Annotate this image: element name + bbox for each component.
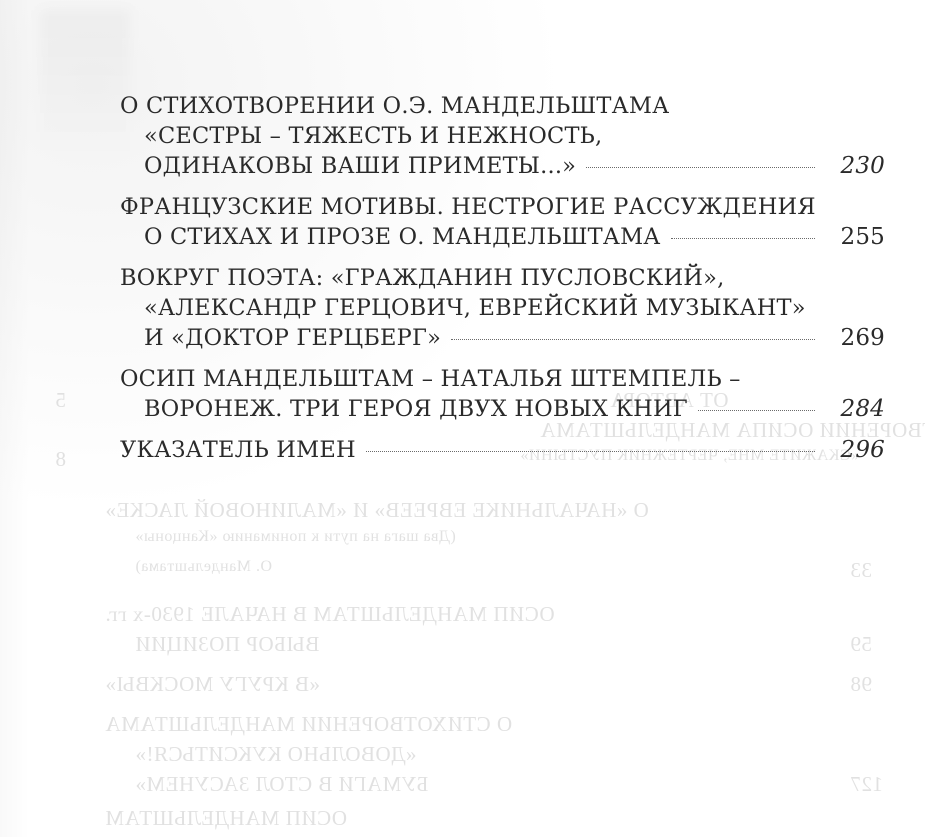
ghost-line: ОСИП МАНДЕЛЬШТАМ В НАЧАЛЕ 1930-х гг.: [105, 602, 555, 627]
toc-entry-title-line: «АЛЕКСАНДР ГЕРЦОВИЧ, ЕВРЕЙСКИЙ МУЗЫКАНТ»: [120, 293, 885, 323]
toc-entry-title-line: ВОРОНЕЖ. ТРИ ГЕРОЯ ДВУХ НОВЫХ КНИГ: [144, 394, 688, 424]
toc-entry[interactable]: О СТИХОТВОРЕНИИ О.Э. МАНДЕЛЬШТАМА «СЕСТР…: [120, 91, 885, 181]
toc-page-number: 230: [833, 151, 885, 181]
ghost-line: О «НАЧАЛЬНИКЕ ЕВРЕЕВ» И «МАЛИНОВОЙ ЛАСКЕ…: [105, 498, 649, 523]
ghost-line: ВЫБОР ПОЗИЦИИ: [135, 632, 319, 657]
toc-entry-title-line: И «ДОКТОР ГЕРЦБЕРГ»: [144, 323, 441, 353]
toc-entry-title-line: ВОКРУГ ПОЭТА: «ГРАЖДАНИН ПУСЛОВСКИЙ»,: [120, 263, 885, 293]
book-page: ОТ АВТОРА О СТИХОТВОРЕНИИ ОСИПА МАНДЕЛЬШ…: [0, 0, 925, 837]
ghost-line: (Два шага на пути к пониманию «Канцоны»: [135, 528, 456, 546]
toc-entry-title-line: О СТИХОТВОРЕНИИ О.Э. МАНДЕЛЬШТАМА: [120, 91, 885, 121]
ghost-page: 98: [850, 672, 872, 697]
dot-leader: [451, 339, 815, 340]
ghost-line: «В КРУГУ МОСКВЫ»: [105, 672, 320, 697]
toc-entry-title-line: О СТИХАХ И ПРОЗЕ О. МАНДЕЛЬШТАМА: [144, 222, 661, 252]
ghost-page: 59: [850, 632, 872, 657]
toc-page-number: 296: [833, 435, 885, 465]
ghost-line: О СТИХОТВОРЕНИИ МАНДЕЛЬШТАМА: [105, 712, 512, 737]
dot-leader: [698, 410, 815, 411]
toc-entry-title-line: УКАЗАТЕЛЬ ИМЕН: [120, 435, 356, 465]
toc-entry[interactable]: УКАЗАТЕЛЬ ИМЕН 296: [120, 435, 885, 465]
ghost-line: О. Мандельштама): [135, 558, 272, 576]
toc-page-number: 284: [833, 394, 885, 424]
toc-entry-title-line: «СЕСТРЫ – ТЯЖЕСТЬ И НЕЖНОСТЬ,: [120, 121, 885, 151]
ghost-line: БУМАГИ В СТОЛ ЗАСУНЕМ»: [135, 772, 428, 797]
toc-entry[interactable]: ОСИП МАНДЕЛЬШТАМ – НАТАЛЬЯ ШТЕМПЕЛЬ – ВО…: [120, 364, 885, 424]
toc-entry[interactable]: ФРАНЦУЗСКИЕ МОТИВЫ. НЕСТРОГИЕ РАССУЖДЕНИ…: [120, 192, 885, 252]
toc-entry-title-line: ОДИНАКОВЫ ВАШИ ПРИМЕТЫ...»: [144, 151, 576, 181]
scan-smudge: [40, 10, 130, 160]
ghost-page: 5: [55, 388, 66, 413]
toc-page-number: 269: [833, 323, 885, 353]
ghost-page: 8: [55, 447, 66, 472]
ghost-line: «ДОВОЛЬНО КУКСИТЬСЯ!»: [135, 742, 416, 767]
toc-entry-title-line: ОСИП МАНДЕЛЬШТАМ – НАТАЛЬЯ ШТЕМПЕЛЬ –: [120, 364, 885, 394]
dot-leader: [671, 238, 815, 239]
dot-leader: [366, 451, 815, 452]
table-of-contents: О СТИХОТВОРЕНИИ О.Э. МАНДЕЛЬШТАМА «СЕСТР…: [120, 91, 885, 476]
toc-entry[interactable]: ВОКРУГ ПОЭТА: «ГРАЖДАНИН ПУСЛОВСКИЙ», «А…: [120, 263, 885, 353]
ghost-page: 33: [850, 558, 872, 583]
ghost-page: 127: [850, 772, 883, 797]
toc-entry-title-line: ФРАНЦУЗСКИЕ МОТИВЫ. НЕСТРОГИЕ РАССУЖДЕНИ…: [120, 192, 885, 222]
dot-leader: [586, 167, 815, 168]
toc-page-number: 255: [833, 222, 885, 252]
ghost-line: ОСИП МАНДЕЛЬШТАМ: [105, 806, 347, 831]
scan-edge-shadow: [0, 0, 30, 837]
